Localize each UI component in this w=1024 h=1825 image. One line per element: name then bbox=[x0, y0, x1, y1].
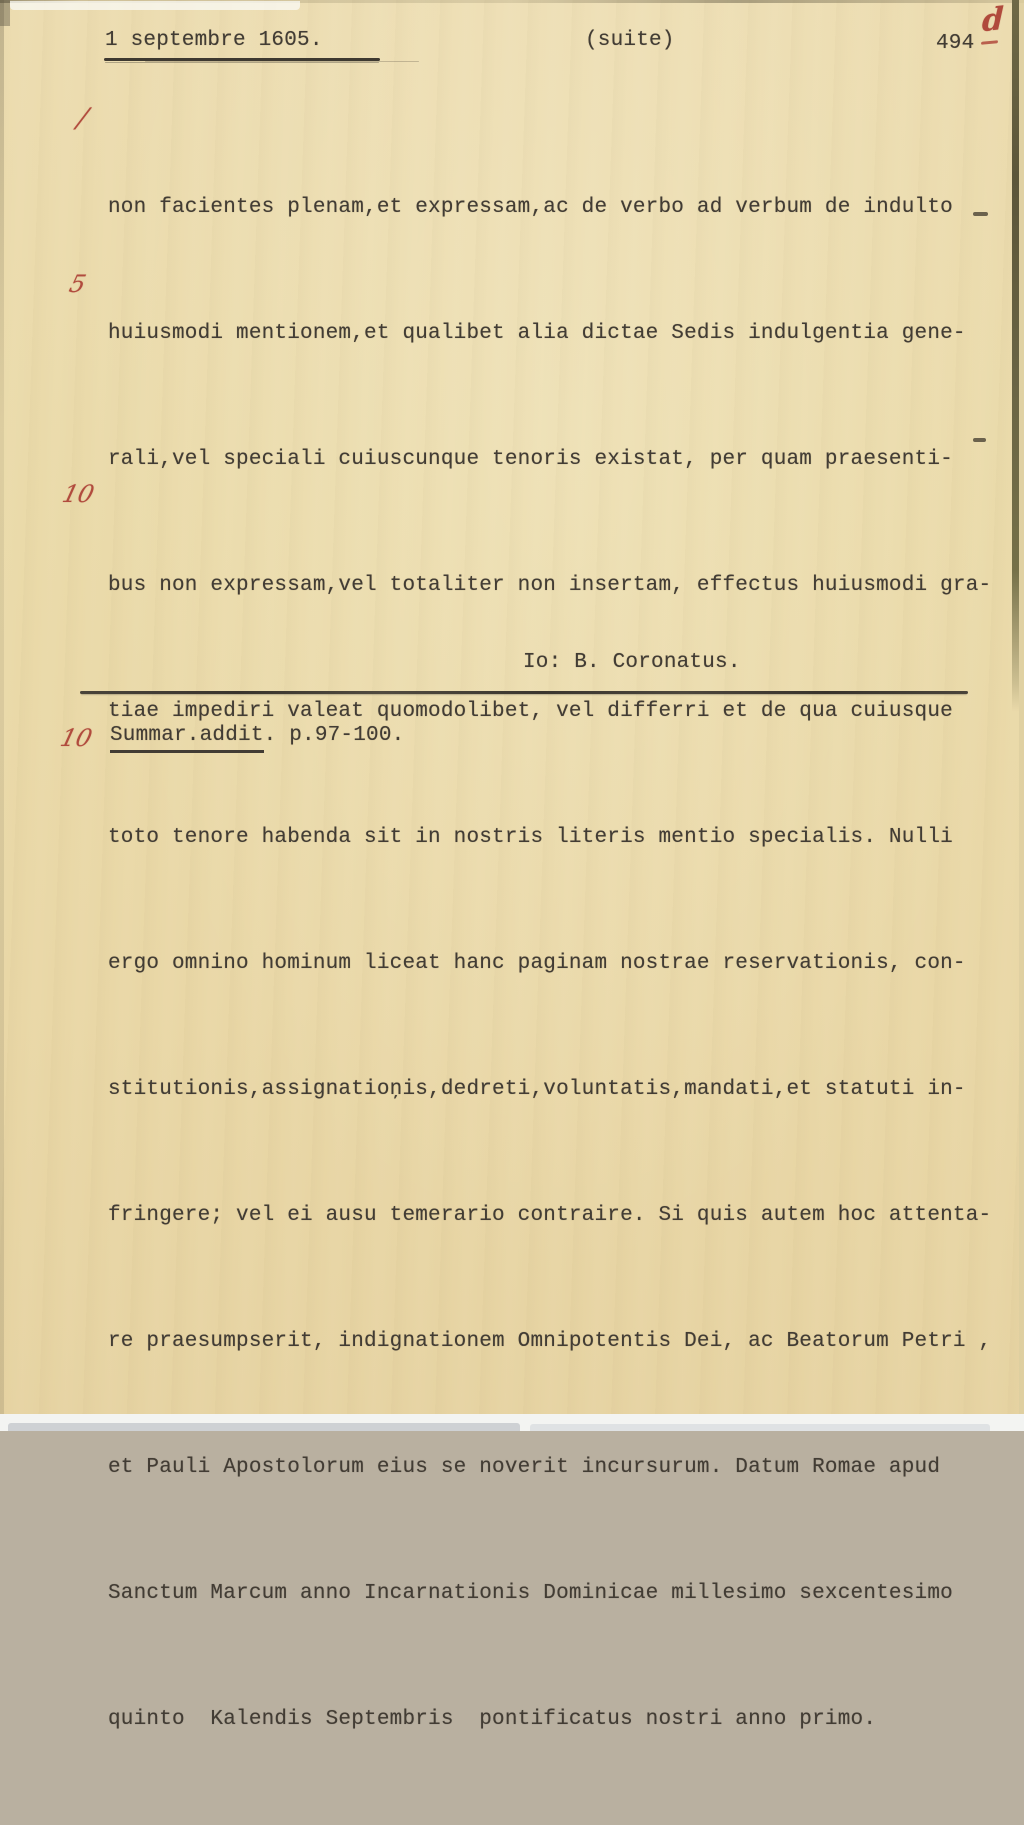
archival-reference: Summar.addit. p.97-100. bbox=[110, 724, 404, 747]
handwritten-annotation: d bbox=[981, 1, 1004, 40]
scan-top-sliver bbox=[10, 1, 300, 10]
ink-speck bbox=[973, 212, 988, 216]
page-binding-edge bbox=[1012, 0, 1019, 712]
text-line: re praesumpserit, indignationem Omnipote… bbox=[108, 1321, 991, 1363]
text-line: huiusmodi mentionem,et qualibet alia dic… bbox=[108, 313, 991, 355]
handwritten-annotation-underline bbox=[981, 40, 998, 44]
scan-bottom-shadow bbox=[8, 1423, 520, 1431]
text-line: rali,vel speciali cuiuscunque tenoris ex… bbox=[108, 439, 991, 481]
body-text: non facientes plenam,et expressam,ac de … bbox=[108, 103, 991, 1431]
text-line: bus non expressam,vel totaliter non inse… bbox=[108, 565, 991, 607]
text-line: stitutionis,assignatioņis,dedreti,volunt… bbox=[108, 1069, 991, 1111]
signature: Io: B. Coronatus. bbox=[523, 651, 741, 674]
page-right-shade bbox=[1019, 0, 1024, 1431]
margin-line-number-5: 5 bbox=[67, 270, 89, 298]
margin-line-number-reference: 10 bbox=[58, 724, 96, 752]
text-line: ergo omnino hominum liceat hanc paginam … bbox=[108, 943, 991, 985]
scan-bottom-shadow-light bbox=[530, 1424, 990, 1431]
ink-speck bbox=[973, 438, 986, 442]
text-line: toto tenore habenda sit in nostris liter… bbox=[108, 817, 991, 859]
text-line: non facientes plenam,et expressam,ac de … bbox=[108, 187, 991, 229]
continuation-label: (suite) bbox=[585, 29, 675, 52]
page-number: 494 bbox=[936, 32, 974, 55]
scan-left-edge bbox=[0, 0, 4, 1431]
document-date: 1 septembre 1605. bbox=[105, 29, 323, 52]
margin-line-number-10: 10 bbox=[60, 480, 98, 508]
horizontal-divider bbox=[80, 691, 968, 694]
reference-citation: Summar.addit bbox=[110, 724, 264, 753]
scanned-document-page: 1 septembre 1605. (suite) 494 d / 5 10 1… bbox=[0, 0, 1024, 1431]
date-underline bbox=[104, 58, 380, 61]
reference-pages: . p.97-100. bbox=[264, 724, 405, 747]
text-line: fringere; vel ei ausu temerario contrair… bbox=[108, 1195, 991, 1237]
margin-line-number-1: / bbox=[74, 103, 91, 134]
